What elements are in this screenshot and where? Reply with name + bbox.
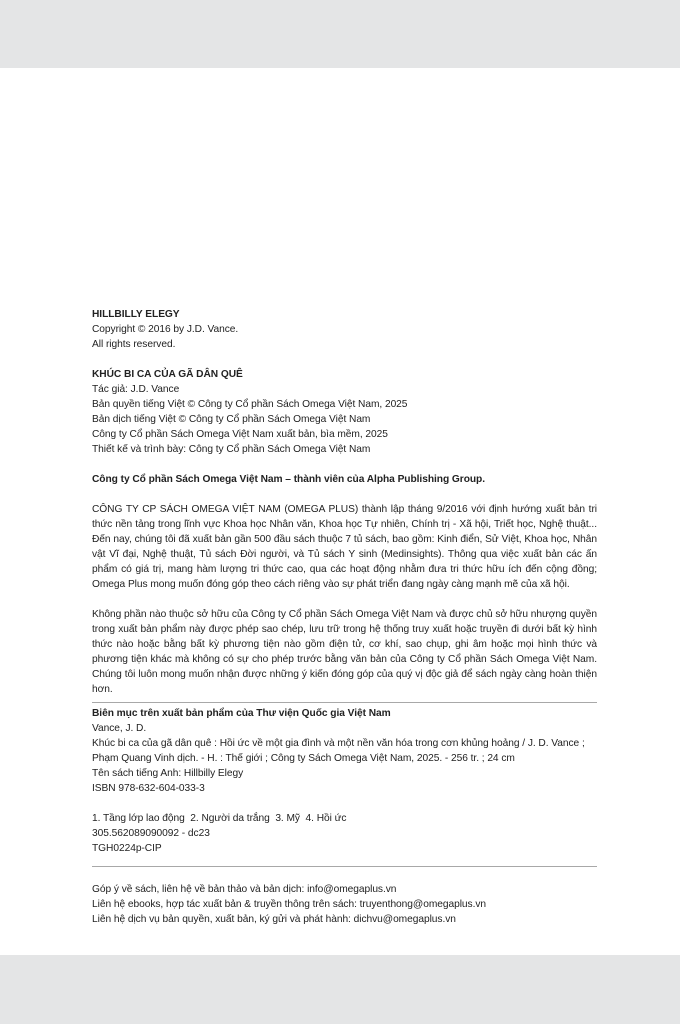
original-copyright: Copyright © 2016 by J.D. Vance. xyxy=(92,322,597,337)
subjects-line: 1. Tầng lớp lao động 2. Người da trắng 3… xyxy=(92,811,597,826)
cataloging-block: Biên mục trên xuất bản phẩm của Thư viện… xyxy=(92,706,597,856)
contact-ebooks: Liên hệ ebooks, hợp tác xuất bản & truyề… xyxy=(92,897,597,912)
cataloging-author: Vance, J. D. xyxy=(92,721,597,736)
contact-feedback: Góp ý về sách, liên hệ về bản thảo và bả… xyxy=(92,882,597,897)
vietnamese-title: KHÚC BI CA CỦA GÃ DÂN QUÊ xyxy=(92,367,597,382)
original-rights: All rights reserved. xyxy=(92,337,597,352)
isbn-line: ISBN 978-632-604-033-3 xyxy=(92,781,597,796)
section-divider xyxy=(92,702,597,703)
publication-line: Công ty Cổ phần Sách Omega Việt Nam xuất… xyxy=(92,427,597,442)
original-title: HILLBILLY ELEGY xyxy=(92,307,597,322)
about-publisher-paragraph: CÔNG TY CP SÁCH OMEGA VIỆT NAM (OMEGA PL… xyxy=(92,502,597,592)
cataloging-description-2: Phạm Quang Vinh dịch. - H. : Thế giới ; … xyxy=(92,751,597,766)
original-edition-block: HILLBILLY ELEGY Copyright © 2016 by J.D.… xyxy=(92,307,597,352)
author-line: Tác giả: J.D. Vance xyxy=(92,382,597,397)
page-content: HILLBILLY ELEGY Copyright © 2016 by J.D.… xyxy=(92,307,597,927)
copyright-page: HILLBILLY ELEGY Copyright © 2016 by J.D.… xyxy=(0,68,680,955)
cataloging-heading: Biên mục trên xuất bản phẩm của Thư viện… xyxy=(92,706,597,721)
translation-copyright-line: Bản dịch tiếng Việt © Công ty Cổ phần Sá… xyxy=(92,412,597,427)
publisher-statement: Công ty Cổ phần Sách Omega Việt Nam – th… xyxy=(92,472,597,487)
vietnamese-edition-block: KHÚC BI CA CỦA GÃ DÂN QUÊ Tác giả: J.D. … xyxy=(92,367,597,457)
design-credit-line: Thiết kế và trình bày: Công ty Cổ phần S… xyxy=(92,442,597,457)
rights-notice-paragraph: Không phần nào thuộc sở hữu của Công ty … xyxy=(92,607,597,697)
cip-code-line: TGH0224p-CIP xyxy=(92,841,597,856)
english-title-line: Tên sách tiếng Anh: Hillbilly Elegy xyxy=(92,766,597,781)
cataloging-description-1: Khúc bi ca của gã dân quê : Hồi ức về mộ… xyxy=(92,736,597,751)
contacts-block: Góp ý về sách, liên hệ về bản thảo và bả… xyxy=(92,882,597,927)
vietnamese-copyright-line: Bản quyền tiếng Việt © Công ty Cổ phần S… xyxy=(92,397,597,412)
classification-line: 305.562089090092 - dc23 xyxy=(92,826,597,841)
contact-services: Liên hệ dịch vụ bản quyền, xuất bản, ký … xyxy=(92,912,597,927)
